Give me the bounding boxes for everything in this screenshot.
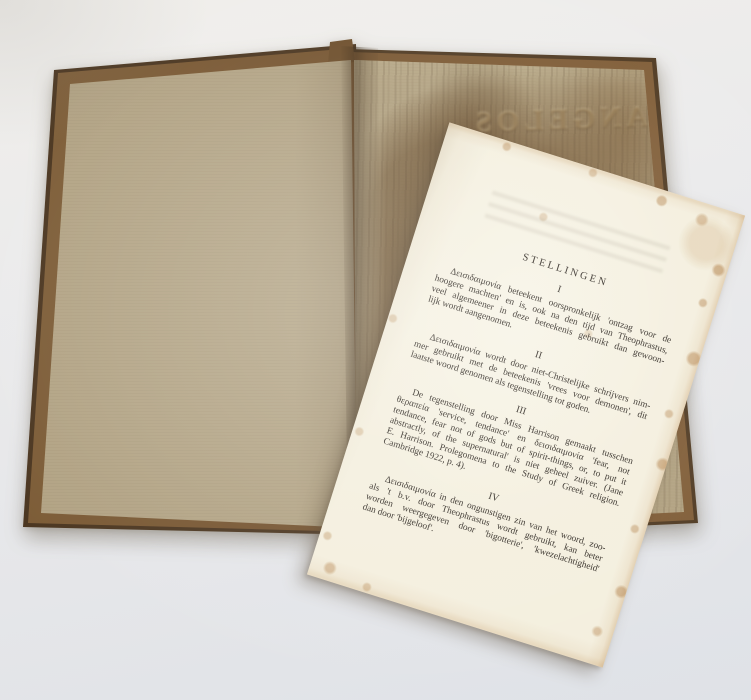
- sheet-text-sections: IΔεισιδαιμονία beteekent oorspronkelijk …: [361, 248, 677, 587]
- photo-scene: ANGELOS STELLINGEN IΔεισιδαιμονία beteek…: [0, 0, 751, 700]
